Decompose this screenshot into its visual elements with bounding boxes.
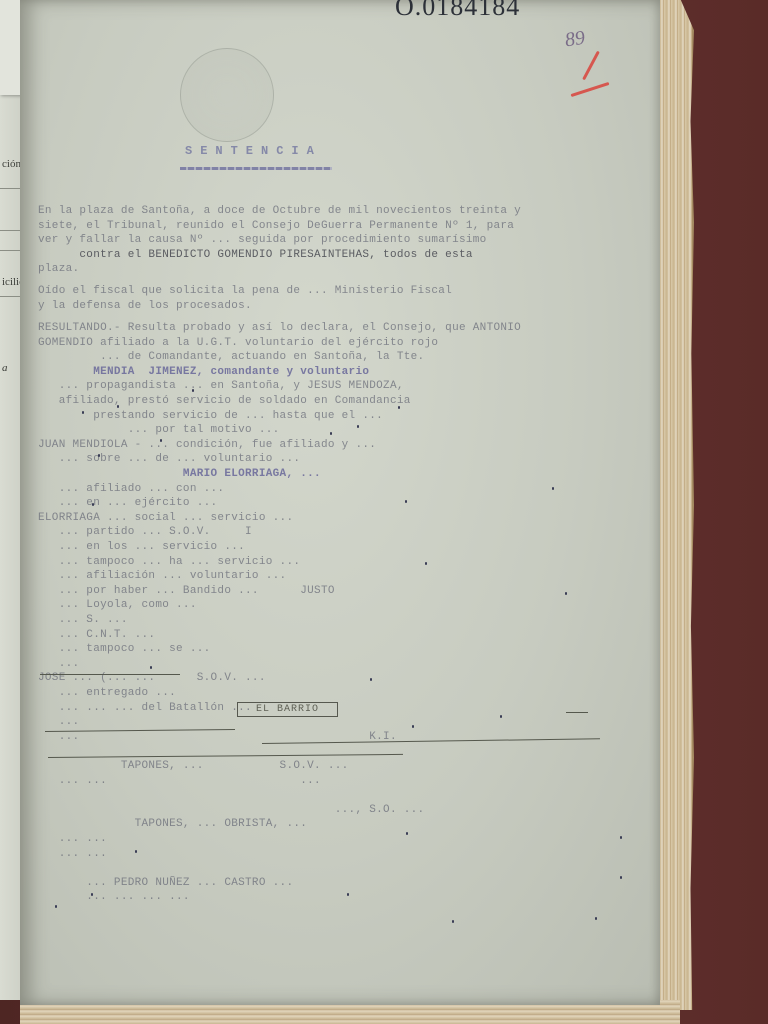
body-line: RESULTANDO.- Resulta probado y así lo de… [38, 322, 521, 334]
body-line: ... sobre ... de ... voluntario ... [38, 453, 300, 465]
body-line: TAPONES, ... OBRISTA, ... [38, 818, 307, 830]
ink-speck [330, 432, 332, 435]
ink-speck [82, 411, 84, 414]
ink-speck [552, 487, 554, 490]
body-line: ... tampoco ... se ... [38, 643, 211, 655]
folio-stamp: O.0184184 [395, 0, 520, 22]
ink-speck [135, 850, 137, 853]
body-line: y la defensa de los procesados. [38, 300, 252, 312]
body-line: siete, el Tribunal, reunido el Consejo D… [38, 220, 514, 232]
body-line: ... afiliación ... voluntario ... [38, 570, 293, 582]
body-line: ... por tal motivo ... [38, 424, 280, 436]
ink-speck [620, 836, 622, 839]
ink-speck [406, 832, 408, 835]
left-page-fragment: ción [2, 158, 21, 170]
body-line: ... ... ... [38, 775, 321, 787]
pencil-underline [40, 674, 180, 675]
ink-speck [595, 917, 597, 920]
ink-speck [91, 893, 93, 896]
body-line: contra el BENEDICTO GOMENDIO PIRESAINTEH… [38, 249, 473, 261]
pencil-page-number: 89 [563, 27, 586, 53]
body-line: ... Loyola, como ... [38, 599, 197, 611]
ink-speck [370, 678, 372, 681]
body-line: Oído el fiscal que solicita la pena de .… [38, 285, 452, 297]
document-title: SENTENCIA [185, 144, 322, 158]
ink-speck [452, 920, 454, 923]
body-line: ... partido ... S.O.V. I [38, 526, 252, 538]
ink-speck [357, 425, 359, 428]
body-line: ... en ... ejército ... [38, 497, 217, 509]
ink-speck [98, 454, 100, 457]
ink-speck [150, 666, 152, 669]
ink-speck [192, 389, 194, 392]
body-line: TAPONES, ... S.O.V. ... [38, 760, 349, 772]
body-line: GOMENDIO afiliado a la U.G.T. voluntario… [38, 337, 438, 349]
body-line: ... PEDRO NUÑEZ ... CASTRO ... [38, 877, 293, 889]
body-line: ... de Comandante, actuando en Santoña, … [38, 351, 424, 363]
ink-speck [620, 876, 622, 879]
body-line: plaza. [38, 263, 79, 275]
ink-speck [500, 715, 502, 718]
left-page-fragment: a [2, 362, 8, 374]
body-line: ... ... ... del Batallón ... [38, 702, 252, 714]
body-line: JUAN MENDIOLA - ... condición, fue afili… [38, 439, 376, 451]
body-line: En la plaza de Santoña, a doce de Octubr… [38, 205, 521, 217]
body-line: prestando servicio de ... hasta que el .… [38, 410, 383, 422]
ink-speck [425, 562, 427, 565]
ink-speck [347, 893, 349, 896]
body-line: afiliado, prestó servicio de soldado en … [38, 395, 411, 407]
ink-speck [412, 725, 414, 728]
ink-speck [117, 405, 119, 408]
embossed-seal [180, 48, 274, 142]
body-line: MENDIA JIMENEZ, comandante y voluntario [38, 366, 369, 378]
ink-speck [405, 500, 407, 503]
body-line: ... afiliado ... con ... [38, 483, 224, 495]
body-line: ... [38, 716, 79, 728]
body-line: ... ... [38, 848, 107, 860]
body-line: ..., S.O. ... [38, 804, 424, 816]
ink-speck [565, 592, 567, 595]
body-line: ... propagandista ... en Santoña, y JESU… [38, 380, 404, 392]
body-line: ELORRIAGA ... social ... servicio ... [38, 512, 293, 524]
body-line: ... ... [38, 833, 107, 845]
ink-speck [160, 439, 162, 442]
title-underline [180, 167, 332, 170]
body-line: ... C.N.T. ... [38, 629, 162, 641]
body-line: ... ... ... ... [38, 891, 190, 903]
ink-speck [55, 905, 57, 908]
body-line: ver y fallar la causa Nº ... seguida por… [38, 234, 487, 246]
body-line: MARIO ELORRIAGA, ... [38, 468, 321, 480]
body-line: ... en los ... servicio ... [38, 541, 245, 553]
body-line: ... tampoco ... ha ... servicio ... [38, 556, 300, 568]
body-line: ... por haber ... Bandido ... JUSTO [38, 585, 335, 597]
ink-speck [398, 406, 400, 409]
pencil-dash [566, 712, 588, 713]
body-line: ... S. ... [38, 614, 135, 626]
body-line: ... entregado ... [38, 687, 176, 699]
ink-speck [92, 503, 94, 506]
boxed-annotation: EL BARRIO [237, 702, 338, 717]
body-line: ... [38, 658, 86, 670]
